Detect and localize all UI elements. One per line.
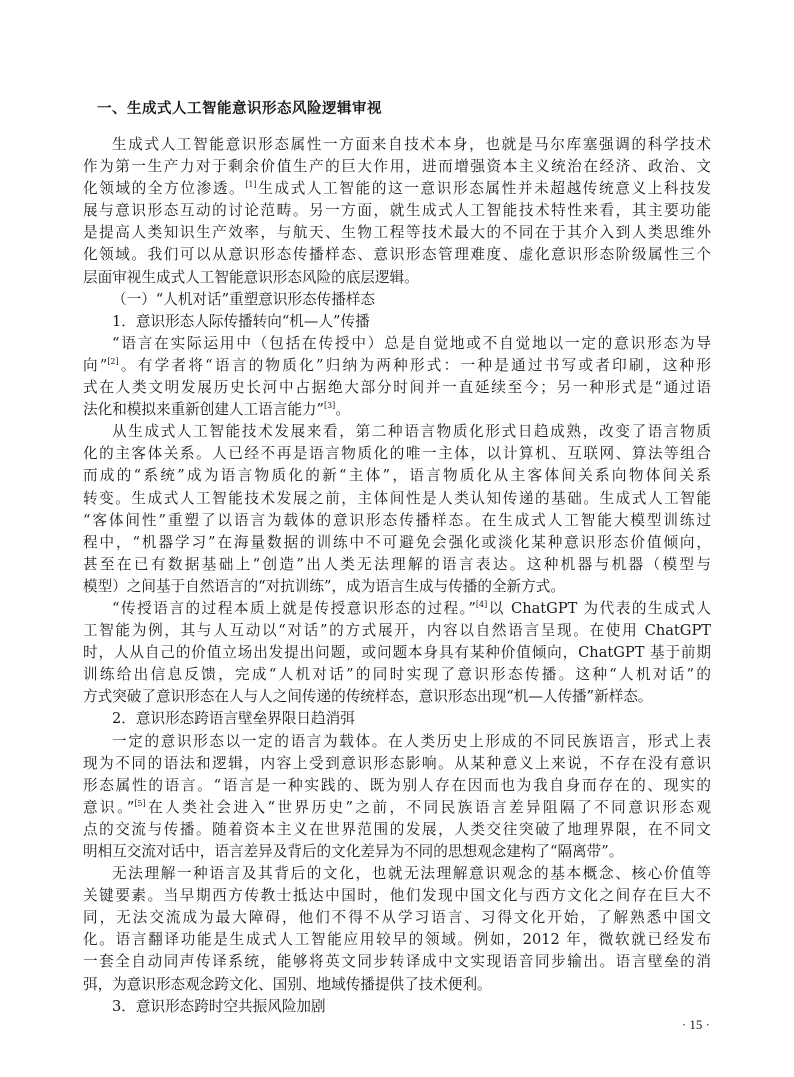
text-line: 意识。”[5]在人类社会进入“世界历史”之前，不同民族语言差异阻隔了不同意识形态… xyxy=(83,797,711,819)
text-line: 程中，“机器学习”在海量数据的训练中不可避免会强化或淡化某种意识形态价值倾向， xyxy=(83,532,711,554)
paragraph: “语言在实际运用中（包括在传授中）总是自觉地或不自觉地以一定的意识形态为导向”[… xyxy=(83,333,711,421)
text-line: 工智能为例，其与人互动以“对话”的方式展开，内容以自然语言呈现。在使用 Chat… xyxy=(83,620,711,642)
section-heading: 一、生成式人工智能意识形态风险逻辑审视 xyxy=(97,98,711,120)
text-line: 作为第一生产力对于剩余价值生产的巨大作用，进而增强资本主义统治在经济、政治、文 xyxy=(83,156,711,178)
text-line: 无法理解一种语言及其背后的文化，也就无法理解意识观念的基本概念、核心价值等 xyxy=(83,863,711,885)
paragraph: 无法理解一种语言及其背后的文化，也就无法理解意识观念的基本概念、核心价值等关键要… xyxy=(83,863,711,996)
paragraph: 一定的意识形态以一定的语言为载体。在人类历史上形成的不同民族语言，形式上表现为不… xyxy=(83,731,711,864)
citation-marker: [2] xyxy=(107,357,118,366)
text-line: 是提高人类知识生产效率，与航天、生物工程等技术最大的不同在于其介入到人类思维外 xyxy=(83,222,711,244)
citation-marker: [3] xyxy=(324,401,335,410)
text-line: 法化和模拟来重新创建人工语言能力”[3]。 xyxy=(83,399,711,421)
text-line: 式在人类文明发展历史长河中占据绝大部分时间并一直延续至今；另一种形式是“通过语 xyxy=(83,377,711,399)
text-line: 方式突破了意识形态在人与人之间传递的传统样态，意识形态出现“机—人传播”新样态。 xyxy=(83,686,711,708)
text-line: 点的交流与传播。随着资本主义在世界范围的发展，人类交往突破了地理界限，在不同文 xyxy=(83,819,711,841)
paragraph: 从生成式人工智能技术发展来看，第二种语言物质化形式日趋成熟，改变了语言物质化的主… xyxy=(83,421,711,598)
paragraph: “传授语言的过程本质上就是传授意识形态的过程。”[4]以 ChatGPT 为代表… xyxy=(83,598,711,708)
subsection-heading: 3．意识形态跨时空共振风险加剧 xyxy=(83,996,711,1018)
text-line: 转变。生成式人工智能技术发展之前，主体间性是人类认知传递的基础。生成式人工智能 xyxy=(83,488,711,510)
text-line: 生成式人工智能意识形态属性一方面来自技术本身，也就是马尔库塞强调的科学技术 xyxy=(83,134,711,156)
text-line: 弭，为意识形态观念跨文化、国别、地域传播提供了技术便利。 xyxy=(83,974,711,996)
text-line: 化的主客体关系。人已经不再是语言物质化的唯一主体，以计算机、互联网、算法等组合 xyxy=(83,443,711,465)
text-line: 明相互交流对话中，语言差异及背后的文化差异为不同的思想观念建构了“隔离带”。 xyxy=(83,841,711,863)
text-line: 化领域的全方位渗透。[1]生成式人工智能的这一意识形态属性并未超越传统意义上科技… xyxy=(83,178,711,200)
text-line: 而成的“系统”成为语言物质化的新“主体”，语言物质化从主客体间关系向物体间关系 xyxy=(83,465,711,487)
text-line: 模型）之间基于自然语言的“对抗训练”，成为语言生成与传播的全新方式。 xyxy=(83,576,711,598)
subsection-heading: （一）“人机对话”重塑意识形态传播样态 xyxy=(83,289,711,311)
text-line: 训练给出信息反馈，完成“人机对话”的同时实现了意识形态传播。这种“人机对话”的 xyxy=(83,664,711,686)
text-line: “客体间性”重塑了以语言为载体的意识形态传播样态。在生成式人工智能大模型训练过 xyxy=(83,510,711,532)
citation-marker: [5] xyxy=(134,799,145,808)
text-line: 化。语言翻译功能是生成式人工智能应用较早的领域。例如，2012 年，微软就已经发… xyxy=(83,929,711,951)
article-content: 生成式人工智能意识形态属性一方面来自技术本身，也就是马尔库塞强调的科学技术作为第… xyxy=(83,134,711,1018)
text-line: 时，人从自己的价值立场出发提出问题，或问题本身具有某种价值倾向，ChatGPT … xyxy=(83,642,711,664)
text-line: “语言在实际运用中（包括在传授中）总是自觉地或不自觉地以一定的意识形态为导 xyxy=(83,333,711,355)
subsection-heading: 2．意识形态跨语言壁垒界限日趋消弭 xyxy=(83,708,711,730)
page-body: 一、生成式人工智能意识形态风险逻辑审视 生成式人工智能意识形态属性一方面来自技术… xyxy=(83,98,711,1018)
text-line: 一定的意识形态以一定的语言为载体。在人类历史上形成的不同民族语言，形式上表 xyxy=(83,731,711,753)
citation-marker: [1] xyxy=(245,180,256,189)
text-line: 化领域。我们可以从意识形态传播样态、意识形态管理难度、虚化意识形态阶级属性三个 xyxy=(83,244,711,266)
text-line: 展与意识形态互动的讨论范畴。另一方面，就生成式人工智能技术特性来看，其主要功能 xyxy=(83,200,711,222)
text-line: 层面审视生成式人工智能意识形态风险的底层逻辑。 xyxy=(83,267,711,289)
text-line: 一套全自动同声传译系统，能够将英文同步转译成中文实现语音同步输出。语言壁垒的消 xyxy=(83,951,711,973)
text-line: 甚至在已有数据基础上“创造”出人类无法理解的语言表达。这种机器与机器（模型与 xyxy=(83,554,711,576)
text-line: 形态属性的语言。“语言是一种实践的、既为别人存在因而也为我自身而存在的、现实的 xyxy=(83,775,711,797)
citation-marker: [4] xyxy=(476,600,487,609)
text-line: 向”[2]。有学者将“语言的物质化”归纳为两种形式：一种是通过书写或者印刷，这种… xyxy=(83,355,711,377)
text-line: 同，无法交流成为最大障碍，他们不得不从学习语言、习得文化开始，了解熟悉中国文 xyxy=(83,907,711,929)
text-line: “传授语言的过程本质上就是传授意识形态的过程。”[4]以 ChatGPT 为代表… xyxy=(83,598,711,620)
text-line: 从生成式人工智能技术发展来看，第二种语言物质化形式日趋成熟，改变了语言物质 xyxy=(83,421,711,443)
page-number: · 15 · xyxy=(682,1017,710,1033)
text-line: 关键要素。当早期西方传教士抵达中国时，他们发现中国文化与西方文化之间存在巨大不 xyxy=(83,885,711,907)
subsection-heading: 1．意识形态人际传播转向“机—人”传播 xyxy=(83,311,711,333)
paragraph: 生成式人工智能意识形态属性一方面来自技术本身，也就是马尔库塞强调的科学技术作为第… xyxy=(83,134,711,289)
text-line: 现为不同的语法和逻辑，内容上受到意识形态影响。从某种意义上来说，不存在没有意识 xyxy=(83,753,711,775)
